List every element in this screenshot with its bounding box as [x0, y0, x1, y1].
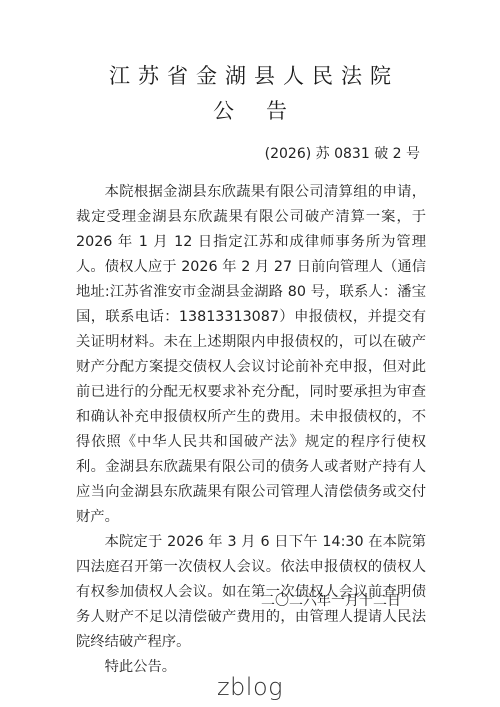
announcement-heading: 公告: [0, 95, 500, 125]
court-name-title: 江苏省金湖县人民法院: [0, 60, 500, 90]
watermark-logo: zblog: [0, 673, 500, 701]
announcement-date: 二〇二六年一月十二日: [261, 590, 401, 610]
document-number: (2026) 苏 0831 破 2 号: [265, 143, 420, 163]
announcement-heading-char-2: 告: [266, 95, 287, 125]
paragraph-bankruptcy-acceptance: 本院根据金湖县东欣蔬果有限公司清算组的申请，裁定受理金湖县东欣蔬果有限公司破产清…: [76, 180, 426, 530]
announcement-heading-char-1: 公: [213, 95, 234, 125]
